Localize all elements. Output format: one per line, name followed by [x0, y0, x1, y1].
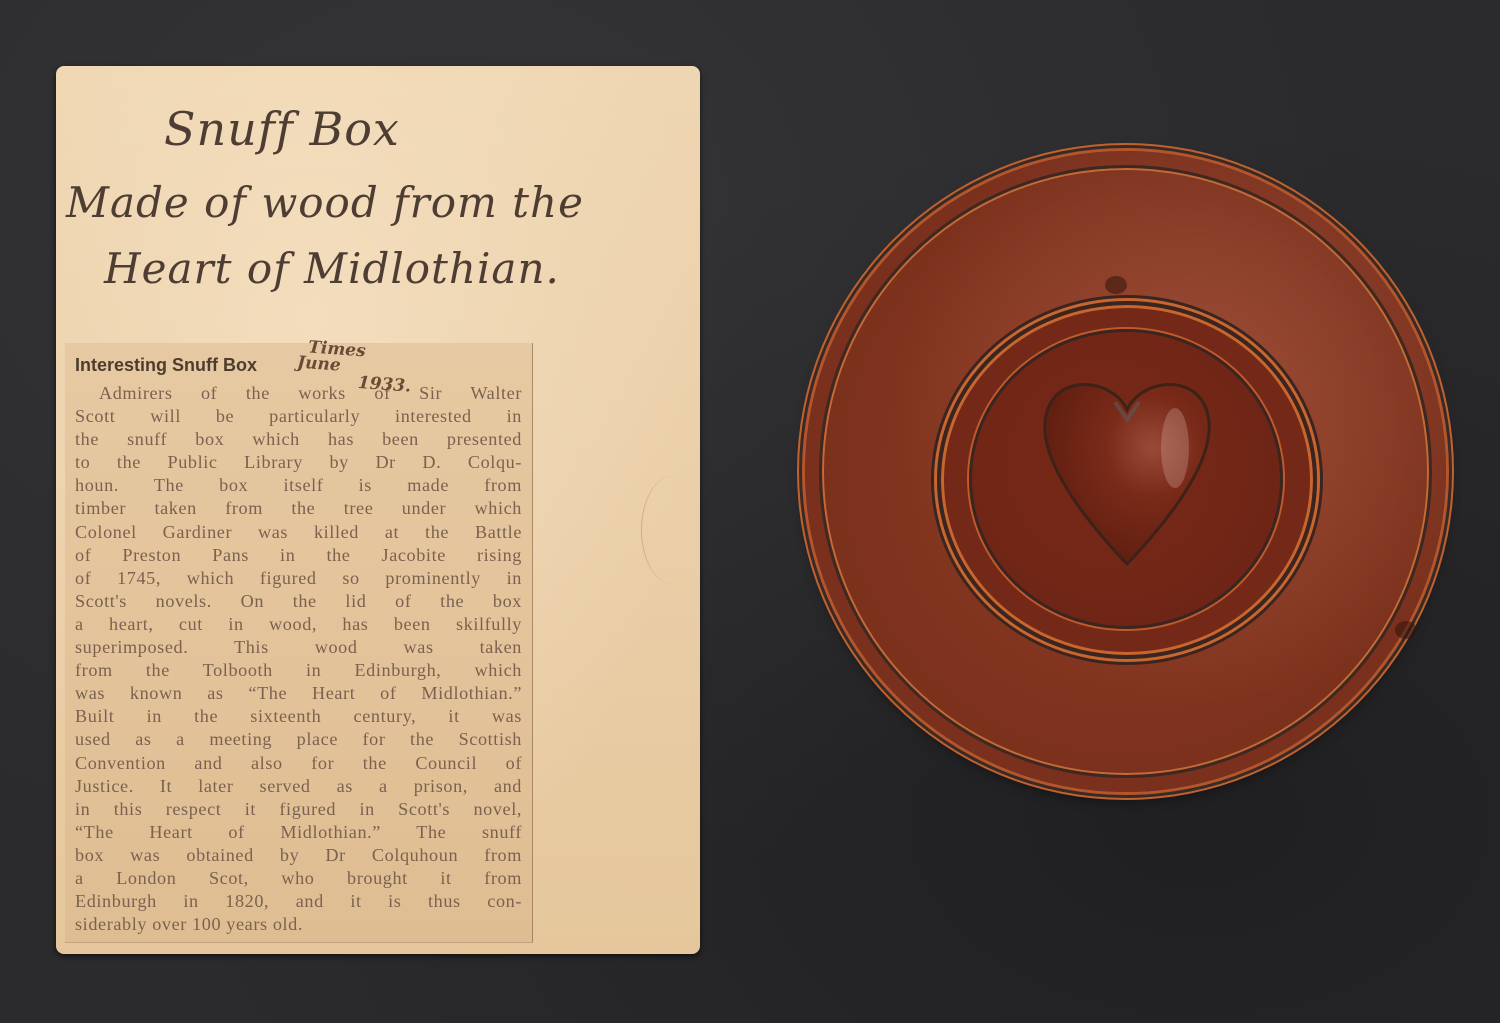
- wood-knot: [1395, 621, 1417, 639]
- clipping-line: used as a meeting place for the Scottish: [75, 728, 522, 751]
- clipping-line: Built in the sixteenth century, it was: [75, 705, 522, 728]
- clipping-line: the snuff box which has been presented: [75, 428, 522, 451]
- heart-icon: [1035, 368, 1219, 568]
- clipping-line: of Preston Pans in the Jacobite rising: [75, 544, 522, 567]
- clipping-line: houn. The box itself is made from: [75, 474, 522, 497]
- snuff-box: [805, 151, 1446, 792]
- clipping-line: box was obtained by Dr Colquhoun from: [75, 844, 522, 867]
- clipping-line: Scott's novels. On the lid of the box: [75, 590, 522, 613]
- handwritten-title: Snuff Box: [164, 102, 400, 156]
- lid-medallion-inner-ring: [969, 329, 1283, 629]
- clipping-line: Convention and also for the Council of: [75, 752, 522, 775]
- clipping-line: from the Tolbooth in Edinburgh, which: [75, 659, 522, 682]
- clipping-line: timber taken from the tree under which: [75, 497, 522, 520]
- handwritten-line-2: Heart of Midlothian.: [104, 244, 560, 293]
- handwritten-date-annotation: Times June 1933.: [305, 339, 413, 394]
- lid-medallion-outer-ring: [937, 301, 1317, 659]
- clipping-line: of 1745, which figured so prominently in: [75, 567, 522, 590]
- clipping-headline-text: Interesting Snuff Box: [75, 355, 257, 375]
- clipping-line: superimposed. This wood was taken: [75, 636, 522, 659]
- clipping-line: in this respect it figured in Scott's no…: [75, 798, 522, 821]
- clipping-line: to the Public Library by Dr D. Colqu-: [75, 451, 522, 474]
- clipping-line: a London Scot, who brought it from: [75, 867, 522, 890]
- clipping-line: “The Heart of Midlothian.” The snuff: [75, 821, 522, 844]
- newspaper-clipping: Interesting Snuff Box Times June 1933. A…: [65, 343, 533, 943]
- handwritten-line-1: Made of wood from the: [66, 178, 584, 227]
- clipping-line: Admirers of the works of Sir Walter: [75, 382, 522, 405]
- clipping-body: Admirers of the works of Sir Walter Scot…: [75, 382, 522, 936]
- card-crease: [641, 476, 704, 584]
- wood-knot: [1105, 276, 1127, 294]
- clipping-line: was known as “The Heart of Midlothian.”: [75, 682, 522, 705]
- clipping-line: Colonel Gardiner was killed at the Battl…: [75, 521, 522, 544]
- clipping-line: Justice. It later served as a prison, an…: [75, 775, 522, 798]
- annotation-year: 1933.: [357, 373, 411, 397]
- index-card: Snuff Box Made of wood from the Heart of…: [56, 66, 700, 954]
- clipping-line: a heart, cut in wood, has been skilfully: [75, 613, 522, 636]
- clipping-headline: Interesting Snuff Box Times June 1933.: [75, 355, 522, 376]
- clipping-line: siderably over 100 years old.: [75, 913, 522, 936]
- clipping-line: Scott will be particularly interested in: [75, 405, 522, 428]
- clipping-line: Edinburgh in 1820, and it is thus con-: [75, 890, 522, 913]
